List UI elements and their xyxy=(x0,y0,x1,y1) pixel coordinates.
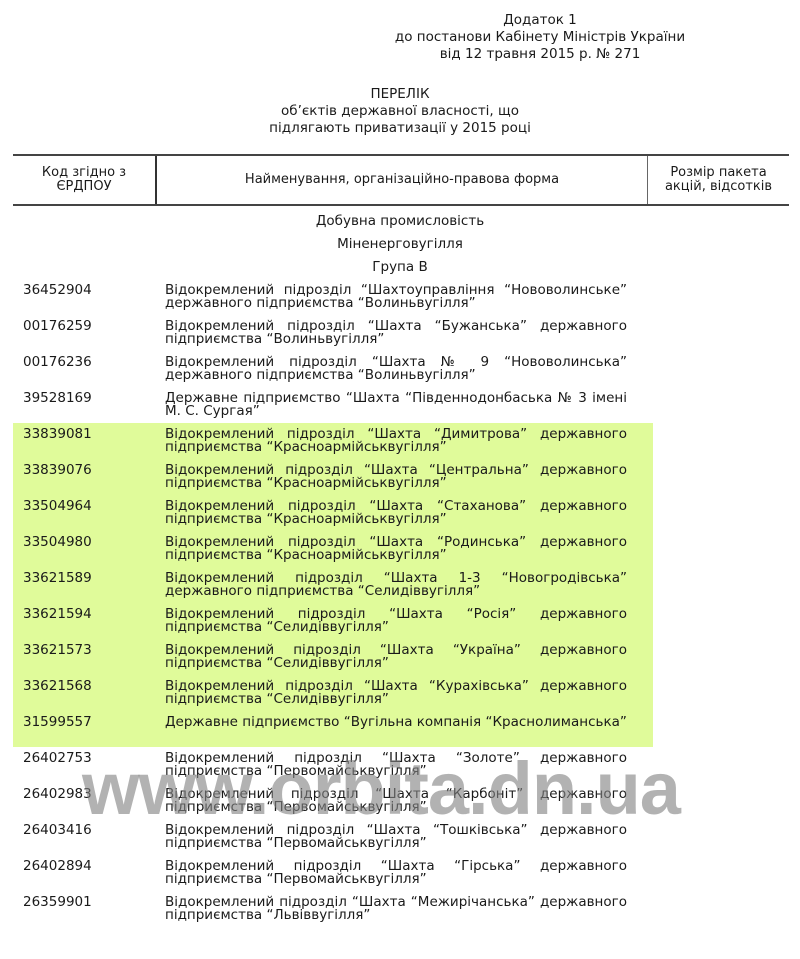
entity-name: Відокремлений підрозділ “Шахта “Родинськ… xyxy=(165,531,627,567)
entity-name: Відокремлений підрозділ “Шахта № 9 “Ново… xyxy=(165,351,627,387)
edrpou-code: 33621589 xyxy=(13,567,165,603)
entity-name: Державне підприємство “Шахта “Південнодо… xyxy=(165,387,627,423)
section-group: Група В xyxy=(0,256,800,279)
entity-name: Відокремлений підрозділ “Шахта 1-3 “Ново… xyxy=(165,567,627,603)
entity-name: Відокремлений підрозділ “Шахта “Межиріча… xyxy=(165,891,627,927)
edrpou-code: 31599557 xyxy=(13,711,165,747)
edrpou-code: 00176259 xyxy=(13,315,165,351)
section-headings: Добувна промисловість Міненерговугілля Г… xyxy=(0,210,800,279)
table-row: 26402894Відокремлений підрозділ “Шахта “… xyxy=(13,855,653,891)
appendix-header: Додаток 1 до постанови Кабінету Міністрі… xyxy=(380,12,700,63)
table-row: 33839081Відокремлений підрозділ “Шахта “… xyxy=(13,423,653,459)
table-row: 00176259Відокремлений підрозділ “Шахта “… xyxy=(13,315,653,351)
table-row: 33504980Відокремлений підрозділ “Шахта “… xyxy=(13,531,653,567)
table-row: 33504964Відокремлений підрозділ “Шахта “… xyxy=(13,495,653,531)
table-row: 33621573Відокремлений підрозділ “Шахта “… xyxy=(13,639,653,675)
edrpou-code: 00176236 xyxy=(13,351,165,387)
table-row: 26402983Відокремлений підрозділ “Шахта “… xyxy=(13,783,653,819)
table-row: 36452904Відокремлений підрозділ “Шахтоуп… xyxy=(13,279,653,315)
edrpou-code: 33839076 xyxy=(13,459,165,495)
entity-name: Відокремлений підрозділ “Шахта “Централь… xyxy=(165,459,627,495)
table-row: 26402753Відокремлений підрозділ “Шахта “… xyxy=(13,747,653,783)
table-row: 33621594Відокремлений підрозділ “Шахта “… xyxy=(13,603,653,639)
table-body: 36452904Відокремлений підрозділ “Шахтоуп… xyxy=(13,279,653,927)
edrpou-code: 26403416 xyxy=(13,819,165,855)
edrpou-code: 26402753 xyxy=(13,747,165,783)
column-header-share: Розмір пакета акцій, відсотків xyxy=(648,156,789,204)
entity-name: Відокремлений підрозділ “Шахта “Димитров… xyxy=(165,423,627,459)
entity-name: Відокремлений підрозділ “Шахта “Україна”… xyxy=(165,639,627,675)
entity-name: Державне підприємство “Вугільна компанія… xyxy=(165,711,627,747)
entity-name: Відокремлений підрозділ “Шахтоуправління… xyxy=(165,279,627,315)
section-industry: Добувна промисловість xyxy=(0,210,800,233)
table-row: 00176236Відокремлений підрозділ “Шахта №… xyxy=(13,351,653,387)
edrpou-code: 26402983 xyxy=(13,783,165,819)
column-header-name: Найменування, організаційно-правова форм… xyxy=(157,156,648,204)
table-row: 26403416Відокремлений підрозділ “Шахта “… xyxy=(13,819,653,855)
entity-name: Відокремлений підрозділ “Шахта “Росія” д… xyxy=(165,603,627,639)
edrpou-code: 36452904 xyxy=(13,279,165,315)
edrpou-code: 33504964 xyxy=(13,495,165,531)
title-line-2: об’єктів державної власності, що xyxy=(200,103,600,120)
entity-name: Відокремлений підрозділ “Шахта “Тошківсь… xyxy=(165,819,627,855)
table-row: 31599557Державне підприємство “Вугільна … xyxy=(13,711,653,747)
appendix-date: від 12 травня 2015 р. № 271 xyxy=(380,46,700,63)
appendix-reference: до постанови Кабінету Міністрів України xyxy=(380,29,700,46)
table-row: 26359901Відокремлений підрозділ “Шахта “… xyxy=(13,891,653,927)
entity-name: Відокремлений підрозділ “Шахта “Курахівс… xyxy=(165,675,627,711)
title-line-3: підлягають приватизації у 2015 році xyxy=(200,120,600,137)
edrpou-code: 33621573 xyxy=(13,639,165,675)
table-row: 33839076Відокремлений підрозділ “Шахта “… xyxy=(13,459,653,495)
document-title: ПЕРЕЛІК об’єктів державної власності, що… xyxy=(200,86,600,137)
edrpou-code: 33621594 xyxy=(13,603,165,639)
edrpou-code: 26402894 xyxy=(13,855,165,891)
edrpou-code: 26359901 xyxy=(13,891,165,927)
appendix-number: Додаток 1 xyxy=(380,12,700,29)
section-ministry: Міненерговугілля xyxy=(0,233,800,256)
entity-name: Відокремлений підрозділ “Шахта “Гірська”… xyxy=(165,855,627,891)
table-row: 39528169Державне підприємство “Шахта “Пі… xyxy=(13,387,653,423)
edrpou-code: 39528169 xyxy=(13,387,165,423)
table-row: 33621568Відокремлений підрозділ “Шахта “… xyxy=(13,675,653,711)
table-row: 33621589Відокремлений підрозділ “Шахта 1… xyxy=(13,567,653,603)
column-header-code: Код згідно з ЄРДПОУ xyxy=(13,156,157,204)
edrpou-code: 33504980 xyxy=(13,531,165,567)
table-header: Код згідно з ЄРДПОУ Найменування, органі… xyxy=(13,154,789,206)
entity-name: Відокремлений підрозділ “Шахта “Карбоніт… xyxy=(165,783,627,819)
entity-name: Відокремлений підрозділ “Шахта “Бужанськ… xyxy=(165,315,627,351)
entity-name: Відокремлений підрозділ “Шахта “Золоте” … xyxy=(165,747,627,783)
edrpou-code: 33839081 xyxy=(13,423,165,459)
title-line-1: ПЕРЕЛІК xyxy=(200,86,600,103)
entity-name: Відокремлений підрозділ “Шахта “Стаханов… xyxy=(165,495,627,531)
edrpou-code: 33621568 xyxy=(13,675,165,711)
